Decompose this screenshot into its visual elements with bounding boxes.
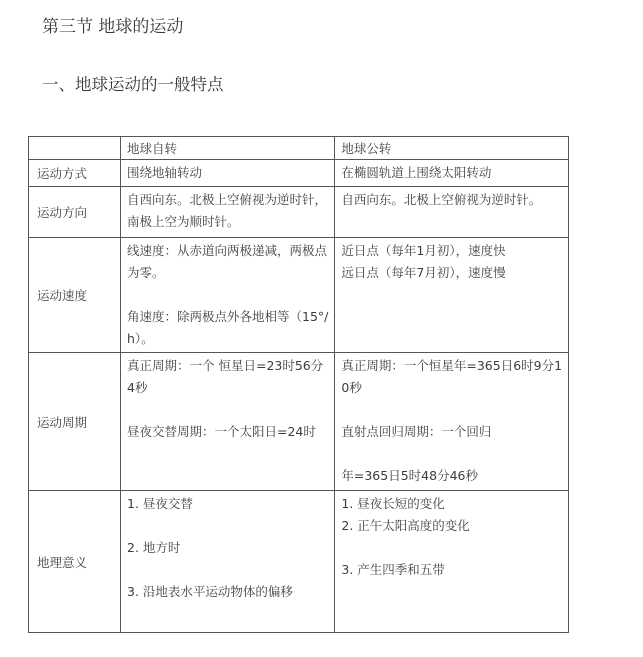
row-label: 运动速度 <box>29 238 121 353</box>
revolution-cell: 真正周期：一个恒星年=365日6时9分10秒直射点回归周期：一个回归年=365日… <box>335 353 569 491</box>
text-line: 真正周期：一个 恒星日=23时56分 <box>127 355 328 377</box>
revolution-cell: 1. 昼夜长短的变化2. 正午太阳高度的变化3. 产生四季和五带 <box>335 491 569 633</box>
revolution-cell: 近日点（每年1月初），速度快远日点（每年7月初），速度慢 <box>335 238 569 353</box>
text-line: 为零。 <box>127 262 328 284</box>
rotation-cell: 自西向东。北极上空俯视为逆时针，南极上空为顺时针。 <box>121 187 335 238</box>
blank-line <box>341 399 562 421</box>
text-line: 2. 正午太阳高度的变化 <box>341 515 562 537</box>
text-line: 3. 沿地表水平运动物体的偏移 <box>127 581 328 603</box>
text-line: 3. 产生四季和五带 <box>341 559 562 581</box>
page-title: 第三节 地球的运动 <box>42 12 183 37</box>
row-label: 运动方向 <box>29 187 121 238</box>
text-line: 直射点回归周期：一个回归 <box>341 421 562 443</box>
table-row: 地理意义1. 昼夜交替2. 地方时3. 沿地表水平运动物体的偏移1. 昼夜长短的… <box>29 491 569 633</box>
table-row: 运动方式围绕地轴转动在椭圆轨道上围绕太阳转动 <box>29 160 569 187</box>
blank-line <box>127 603 328 625</box>
table-row: 运动速度线速度：从赤道向两极递减，两极点为零。角速度：除两极点外各地相等（15°… <box>29 238 569 353</box>
row-label: 运动周期 <box>29 353 121 491</box>
text-line: 近日点（每年1月初），速度快 <box>341 240 562 262</box>
text-line: 线速度：从赤道向两极递减，两极点 <box>127 240 328 262</box>
rotation-cell: 真正周期：一个 恒星日=23时56分4秒昼夜交替周期：一个太阳日=24时 <box>121 353 335 491</box>
text-line: 自西向东。北极上空俯视为逆时针， <box>127 189 328 211</box>
text-line: 昼夜交替周期：一个太阳日=24时 <box>127 421 328 443</box>
blank-line <box>127 399 328 421</box>
text-line: 角速度：除两极点外各地相等（15°/ <box>127 306 328 328</box>
rotation-cell: 线速度：从赤道向两极递减，两极点为零。角速度：除两极点外各地相等（15°/h）。 <box>121 238 335 353</box>
blank-line <box>127 559 328 581</box>
rotation-cell: 围绕地轴转动 <box>121 160 335 187</box>
rotation-cell: 1. 昼夜交替2. 地方时3. 沿地表水平运动物体的偏移 <box>121 491 335 633</box>
text-line: 4秒 <box>127 377 328 399</box>
row-label: 地理意义 <box>29 491 121 633</box>
text-line: 1. 昼夜交替 <box>127 493 328 515</box>
text-line: 真正周期：一个恒星年=365日6时9分1 <box>341 355 562 377</box>
text-line: 1. 昼夜长短的变化 <box>341 493 562 515</box>
text-line: 0秒 <box>341 377 562 399</box>
text-line: 在椭圆轨道上围绕太阳转动 <box>341 162 562 184</box>
blank-line <box>341 443 562 465</box>
text-line: h）。 <box>127 328 328 350</box>
header-corner-cell <box>29 137 121 160</box>
text-line: 2. 地方时 <box>127 537 328 559</box>
section-heading: 一、地球运动的一般特点 <box>42 71 224 95</box>
blank-line <box>341 537 562 559</box>
text-line: 远日点（每年7月初），速度慢 <box>341 262 562 284</box>
text-line: 南极上空为顺时针。 <box>127 211 328 233</box>
table-row: 运动方向自西向东。北极上空俯视为逆时针，南极上空为顺时针。自西向东。北极上空俯视… <box>29 187 569 238</box>
text-line: 年=365日5时48分46秒 <box>341 465 562 487</box>
header-revolution-cell: 地球公转 <box>335 137 569 160</box>
text-line: 自西向东。北极上空俯视为逆时针。 <box>341 189 562 211</box>
blank-line <box>127 284 328 306</box>
table-row: 运动周期真正周期：一个 恒星日=23时56分4秒昼夜交替周期：一个太阳日=24时… <box>29 353 569 491</box>
header-rotation-cell: 地球自转 <box>121 137 335 160</box>
earth-motion-table: 地球自转 地球公转 运动方式围绕地轴转动在椭圆轨道上围绕太阳转动运动方向自西向东… <box>28 136 569 633</box>
text-line: 围绕地轴转动 <box>127 162 328 184</box>
row-label: 运动方式 <box>29 160 121 187</box>
revolution-cell: 在椭圆轨道上围绕太阳转动 <box>335 160 569 187</box>
blank-line <box>127 515 328 537</box>
revolution-cell: 自西向东。北极上空俯视为逆时针。 <box>335 187 569 238</box>
table-header-row: 地球自转 地球公转 <box>29 137 569 160</box>
